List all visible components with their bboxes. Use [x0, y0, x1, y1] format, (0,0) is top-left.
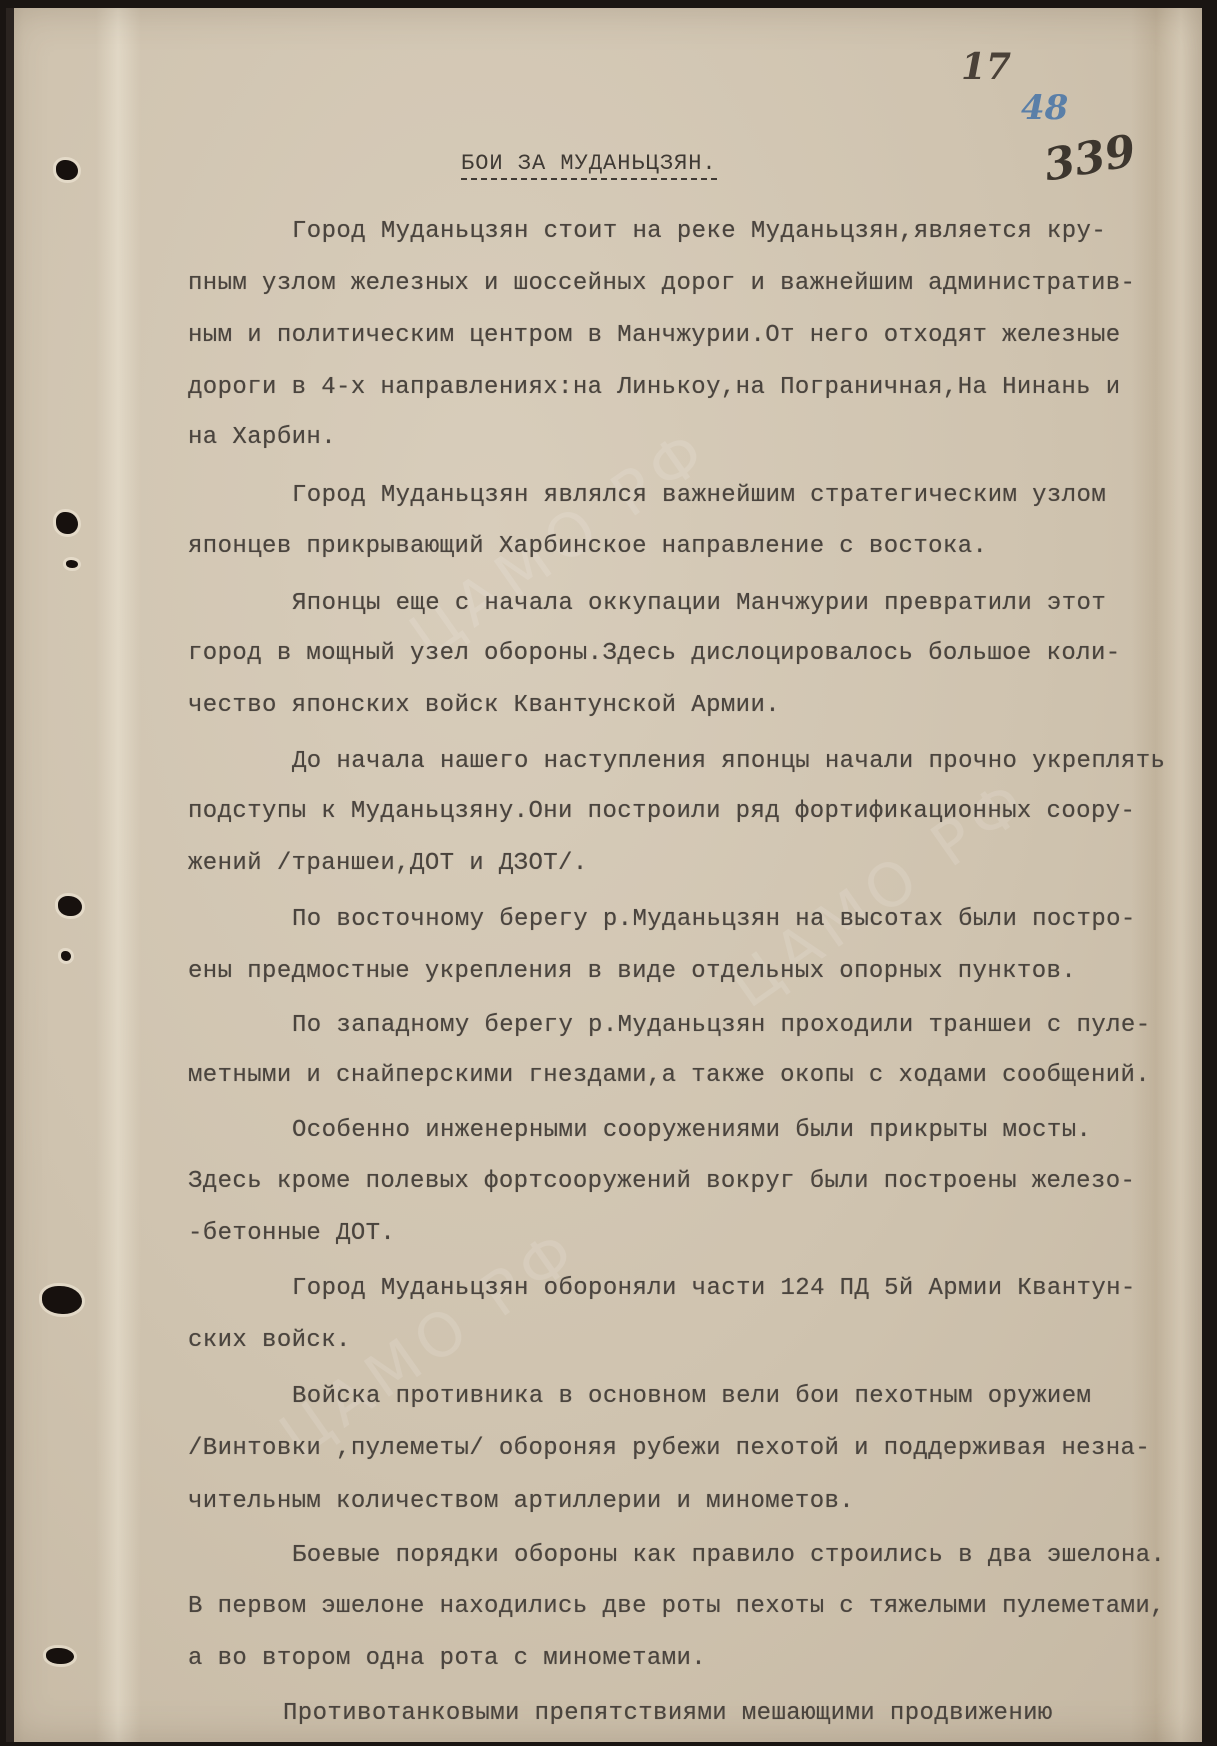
- text-line: ены предмостные укрепления в виде отдель…: [188, 958, 1076, 985]
- text-line: чество японских войск Квантунской Армии.: [188, 692, 780, 719]
- text-line: японцев прикрывающий Харбинское направле…: [188, 533, 987, 560]
- text-line: Особенно инженерными сооружениями были п…: [292, 1117, 1091, 1144]
- text-line: ских войск.: [188, 1327, 351, 1354]
- text-line: До начала нашего наступления японцы нача…: [292, 748, 1165, 775]
- text-line: Боевые порядки обороны как правило строи…: [292, 1542, 1165, 1569]
- text-line: Город Муданьцзян обороняли части 124 ПД …: [292, 1275, 1136, 1302]
- text-line: По западному берегу р.Муданьцзян проходи…: [292, 1012, 1151, 1039]
- punch-hole: [66, 560, 78, 568]
- text-line: Войска противника в основном вели бои пе…: [292, 1383, 1091, 1410]
- text-line: Город Муданьцзян являлся важнейшим страт…: [292, 482, 1106, 509]
- text-line: а во втором одна рота с минометами.: [188, 1645, 706, 1672]
- text-line: ным и политическим центром в Манчжурии.О…: [188, 322, 1121, 349]
- document-page: ЦАМО РФ ЦАМО РФ ЦАМО РФ 17 48 339 БОИ ЗА…: [6, 8, 1202, 1742]
- text-line: подступы к Муданьцзяну.Они построили ряд…: [188, 798, 1135, 825]
- text-line: /Винтовки ,пулеметы/ обороняя рубежи пех…: [188, 1435, 1150, 1462]
- text-line: В первом эшелоне находились две роты пех…: [188, 1593, 1165, 1620]
- text-line: метными и снайперскими гнездами,а также …: [188, 1062, 1150, 1089]
- punch-hole: [61, 951, 71, 961]
- text-line: жений /траншеи,ДОТ и ДЗОТ/.: [188, 850, 588, 877]
- archive-number-bottom: 339: [1040, 125, 1139, 191]
- punch-hole: [42, 1286, 82, 1314]
- document-title: БОИ ЗА МУДАНЬЦЗЯН.: [461, 151, 717, 180]
- text-line: город в мощный узел обороны.Здесь дислоц…: [188, 640, 1121, 667]
- archive-number-blue: 48: [1021, 88, 1068, 128]
- text-line: Противотанковыми препятствиями мешающими…: [283, 1700, 1053, 1727]
- archive-number-top: 17: [961, 46, 1011, 88]
- text-line: Японцы еще с начала оккупации Манчжурии …: [292, 590, 1106, 617]
- text-line: на Харбин.: [188, 424, 336, 451]
- text-line: Здесь кроме полевых фортсооружений вокру…: [188, 1168, 1135, 1195]
- punch-hole: [58, 896, 82, 916]
- text-line: дороги в 4-х направлениях:на Линькоу,на …: [188, 374, 1121, 401]
- text-line: пным узлом железных и шоссейных дорог и …: [188, 270, 1135, 297]
- text-line: Город Муданьцзян стоит на реке Муданьцзя…: [292, 218, 1106, 245]
- punch-hole: [56, 512, 78, 534]
- binding-edge: [6, 8, 14, 1742]
- punch-hole: [46, 1648, 74, 1664]
- text-line: По восточному берегу р.Муданьцзян на выс…: [292, 906, 1136, 933]
- text-line: -бетонные ДОТ.: [188, 1220, 395, 1247]
- punch-hole: [56, 160, 78, 180]
- text-line: чительным количеством артиллерии и мином…: [188, 1488, 854, 1515]
